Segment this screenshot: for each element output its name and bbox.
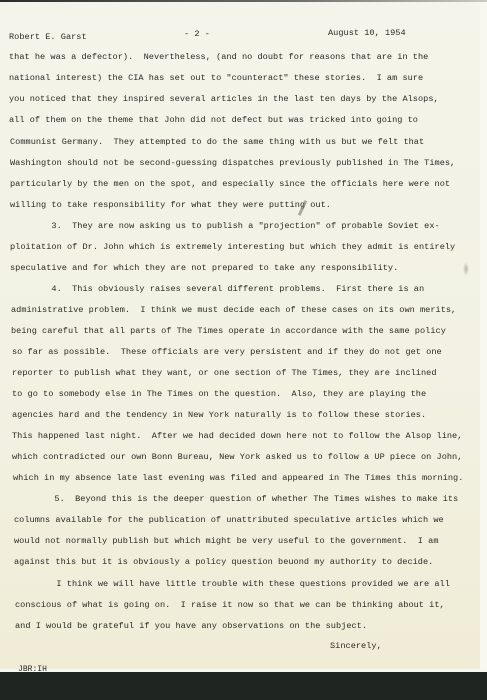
page-bottom-edge	[0, 669, 487, 672]
body-line: to go to somebody else in The Times on t…	[12, 389, 426, 399]
header-recipient: Robert E. Garst	[9, 32, 87, 42]
body-line: willing to take responsibility for what …	[10, 200, 331, 210]
body-line: reporter to publish what they want, or o…	[12, 368, 437, 378]
letter-page: Robert E. Garst - 2 - August 10, 1954 th…	[0, 2, 487, 672]
paragraph-5-start: 5. Beyond this is the deeper question of…	[13, 494, 458, 504]
body-line: and I would be grateful if you have any …	[15, 621, 367, 631]
typist-initials: JBR:IH	[18, 665, 47, 675]
paragraph-3-start: 3. They are now asking us to publish a "…	[10, 221, 440, 231]
closing-salutation: Sincerely,	[330, 641, 382, 651]
body-line: agencies hard and the tendency in New Yo…	[12, 410, 426, 420]
body-line: Communist Germany. They attempted to do …	[10, 137, 424, 147]
body-line: Washington should not be second-guessing…	[10, 158, 455, 168]
header-page-number: - 2 -	[184, 29, 210, 39]
body-line: This happened last night. After we had d…	[12, 431, 462, 441]
body-line: which contradicted our own Bonn Bureau, …	[12, 452, 462, 462]
body-line: so far as possible. These officials are …	[12, 347, 442, 357]
body-line: that he was a defector). Nevertheless, (…	[9, 52, 428, 62]
header-date: August 10, 1954	[328, 28, 406, 38]
body-line: conscious of what is going on. I raise i…	[15, 600, 445, 610]
body-line: all of them on the theme that John did n…	[9, 115, 418, 125]
paragraph-4-start: 4. This obviously raises several differe…	[10, 284, 424, 294]
body-line: ploitation of Dr. John which is extremel…	[10, 242, 455, 252]
body-line: administrative problem. I think we must …	[11, 305, 456, 315]
closing-paragraph-start: I think we will have little trouble with…	[15, 579, 450, 589]
paper-stain	[463, 262, 469, 276]
page-right-edge	[480, 2, 487, 672]
body-line: speculative and for which they are not p…	[10, 263, 398, 273]
body-line: you noticed that they inspired several a…	[9, 94, 439, 104]
body-line: being careful that all parts of The Time…	[11, 326, 446, 336]
body-line: would not normally publish but which mig…	[14, 536, 439, 546]
body-line: national interest) the CIA has set out t…	[9, 73, 423, 83]
body-line: particularly by the men on the spot, and…	[10, 179, 450, 189]
body-line: against this but it is obviously a polic…	[14, 557, 433, 567]
body-line: columns available for the publication of…	[14, 515, 444, 525]
body-line: which in my absence late last evening wa…	[13, 473, 463, 483]
